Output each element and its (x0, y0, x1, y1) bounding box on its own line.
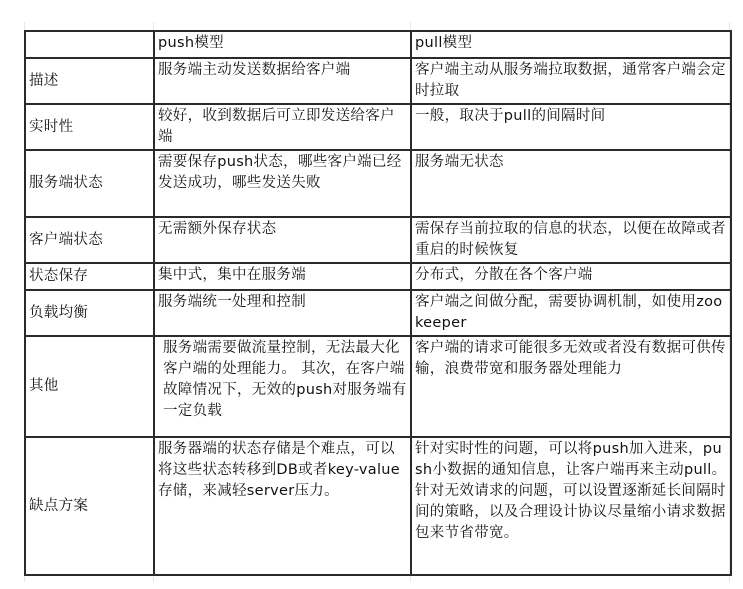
pull-cell[interactable]: 分布式，分散在各个客户端 (411, 263, 731, 290)
table-row: 客户端状态 无需额外保存状态 需保存当前拉取的信息的状态，以便在故障或者重启的时… (25, 217, 731, 263)
pull-cell[interactable]: 需保存当前拉取的信息的状态，以便在故障或者重启的时候恢复 (411, 217, 731, 263)
push-cell[interactable]: 较好，收到数据后可立即发送给客户端 (154, 104, 411, 150)
pull-cell[interactable]: 客户端之间做分配，需要协调机制，如使用zookeeper (411, 290, 731, 336)
push-cell[interactable]: 服务端需要做流量控制，无法最大化客户端的处理能力。 其次，在客户端故障情况下，无… (154, 336, 411, 437)
push-cell[interactable]: 无需额外保存状态 (154, 217, 411, 263)
row-label[interactable]: 状态保存 (25, 263, 154, 290)
row-label[interactable]: 实时性 (25, 104, 154, 150)
row-label[interactable]: 服务端状态 (25, 150, 154, 217)
table-row: 缺点方案 服务器端的状态存储是个难点，可以将这些状态转移到DB或者key-val… (25, 437, 731, 575)
push-cell[interactable]: 服务端统一处理和控制 (154, 290, 411, 336)
row-label[interactable]: 其他 (25, 336, 154, 437)
push-pull-comparison-table: push模型 pull模型 描述 服务端主动发送数据给客户端 客户端主动从服务端… (24, 30, 732, 576)
table-row: 负载均衡 服务端统一处理和控制 客户端之间做分配，需要协调机制，如使用zooke… (25, 290, 731, 336)
table-header-row: push模型 pull模型 (25, 31, 731, 58)
table-row: 描述 服务端主动发送数据给客户端 客户端主动从服务端拉取数据，通常客户端会定时拉… (25, 58, 731, 104)
table-row: 实时性 较好，收到数据后可立即发送给客户端 一般，取决于pull的间隔时间 (25, 104, 731, 150)
push-cell[interactable]: 集中式，集中在服务端 (154, 263, 411, 290)
pull-cell[interactable]: 客户端的请求可能很多无效或者没有数据可供传输，浪费带宽和服务器处理能力 (411, 336, 731, 437)
row-label[interactable]: 缺点方案 (25, 437, 154, 575)
pull-cell[interactable]: 服务端无状态 (411, 150, 731, 217)
table-row: 状态保存 集中式，集中在服务端 分布式，分散在各个客户端 (25, 263, 731, 290)
pull-cell[interactable]: 一般，取决于pull的间隔时间 (411, 104, 731, 150)
push-cell[interactable]: 服务端主动发送数据给客户端 (154, 58, 411, 104)
header-cell-empty[interactable] (25, 31, 154, 58)
push-cell[interactable]: 服务器端的状态存储是个难点，可以将这些状态转移到DB或者key-value存储，… (154, 437, 411, 575)
header-cell-push[interactable]: push模型 (154, 31, 411, 58)
push-cell[interactable]: 需要保存push状态，哪些客户端已经发送成功，哪些发送失败 (154, 150, 411, 217)
pull-cell[interactable]: 针对实时性的问题，可以将push加入进来，push小数据的通知信息，让客户端再来… (411, 437, 731, 575)
row-label[interactable]: 负载均衡 (25, 290, 154, 336)
pull-cell[interactable]: 客户端主动从服务端拉取数据，通常客户端会定时拉取 (411, 58, 731, 104)
header-cell-pull[interactable]: pull模型 (411, 31, 731, 58)
row-label[interactable]: 描述 (25, 58, 154, 104)
table-row: 其他 服务端需要做流量控制，无法最大化客户端的处理能力。 其次，在客户端故障情况… (25, 336, 731, 437)
row-label[interactable]: 客户端状态 (25, 217, 154, 263)
table-row: 服务端状态 需要保存push状态，哪些客户端已经发送成功，哪些发送失败 服务端无… (25, 150, 731, 217)
